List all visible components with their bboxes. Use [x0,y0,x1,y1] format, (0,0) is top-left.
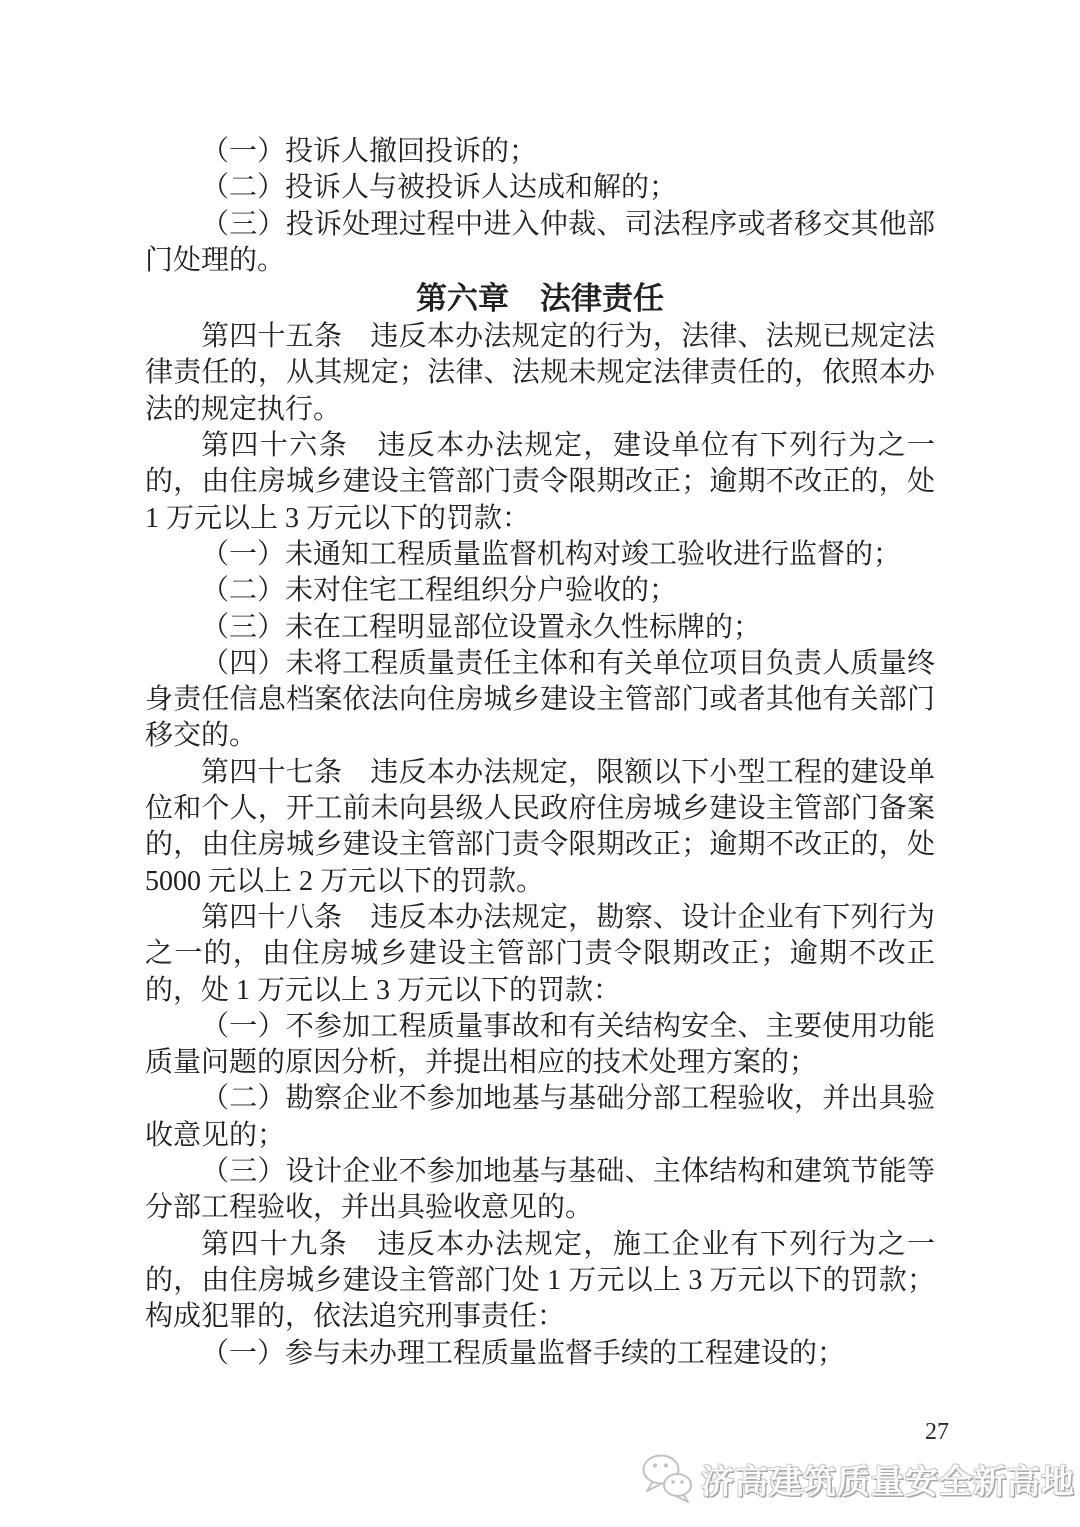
wechat-icon [640,1453,694,1505]
watermark: 济高建筑质量安全新高地 [640,1453,1075,1505]
page-number: 27 [925,1419,949,1446]
article-paragraph: 第四十六条 违反本办法规定，建设单位有下列行为之一的，由住房城乡建设主管部门责令… [145,428,935,537]
list-item: （一）未通知工程质量监督机构对竣工验收进行监督的； [145,537,935,573]
list-item: （三）投诉处理过程中进入仲裁、司法程序或者移交其他部门处理的。 [145,207,935,280]
list-item: （四）未将工程质量责任主体和有关单位项目负责人质量终身责任信息档案依法向住房城乡… [145,646,935,755]
article-paragraph: 第四十七条 违反本办法规定，限额以下小型工程的建设单位和个人，开工前未向县级人民… [145,755,935,900]
article-paragraph: 第四十五条 违反本办法规定的行为，法律、法规已规定法律责任的，从其规定；法律、法… [145,319,935,428]
list-item: （三）设计企业不参加地基与基础、主体结构和建筑节能等分部工程验收，并出具验收意见… [145,1154,935,1227]
watermark-text: 济高建筑质量安全新高地 [701,1456,1075,1503]
document-page: （一）投诉人撤回投诉的； （二）投诉人与被投诉人达成和解的； （三）投诉处理过程… [0,0,1080,1527]
list-item: （二）未对住宅工程组织分户验收的； [145,573,935,609]
body-text: （一）投诉人撤回投诉的； （二）投诉人与被投诉人达成和解的； （三）投诉处理过程… [145,134,935,1372]
article-paragraph: 第四十九条 违反本办法规定，施工企业有下列行为之一的，由住房城乡建设主管部门处 … [145,1227,935,1336]
list-item: （一）参与未办理工程质量监督手续的工程建设的； [145,1336,935,1372]
article-paragraph: 第四十八条 违反本办法规定，勘察、设计企业有下列行为之一的，由住房城乡建设主管部… [145,900,935,1009]
list-item: （二）勘察企业不参加地基与基础分部工程验收，并出具验收意见的； [145,1081,935,1154]
list-item: （一）投诉人撤回投诉的； [145,134,935,170]
list-item: （三）未在工程明显部位设置永久性标牌的； [145,610,935,646]
chapter-heading: 第六章 法律责任 [145,279,935,319]
list-item: （二）投诉人与被投诉人达成和解的； [145,170,935,206]
list-item: （一）不参加工程质量事故和有关结构安全、主要使用功能质量问题的原因分析，并提出相… [145,1009,935,1082]
